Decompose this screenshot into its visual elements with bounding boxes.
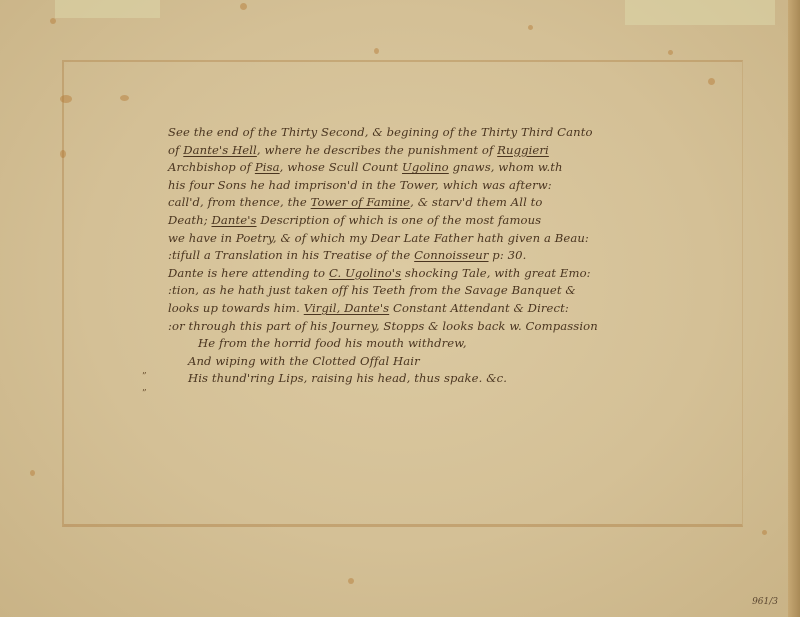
manuscript-line: Archbishop of Pisa, whose Scull Count Ug… [168,159,688,177]
manuscript-line: :tion, as he hath just taken off his Tee… [168,282,688,300]
manuscript-line: his four Sons he had imprison'd in the T… [168,177,688,195]
line-text: Constant Attendant & Direct: [389,301,569,315]
line-text: Archbishop of [168,160,255,174]
foxing-spot [668,50,673,55]
foxing-spot [240,3,247,10]
line-text: See the end of the Thirty Second, & begi… [168,125,593,139]
tape-strip [55,0,160,18]
verse-line: He from the horrid food his mouth withdr… [168,335,688,353]
line-text: Death; [168,213,212,227]
underlined-name: C. Ugolino's [329,266,401,280]
line-text: Description of which is one of the most … [257,213,542,227]
foxing-spot [374,48,379,54]
underlined-name: Ugolino [402,160,449,174]
manuscript-line: :or through this part of his Journey, St… [168,318,688,336]
manuscript-line: we have in Poetry, & of which my Dear La… [168,230,688,248]
verse-quote-mark: ” [142,372,147,382]
paper-edge [788,0,800,617]
line-text: , whose Scull Count [280,160,402,174]
line-text: :or through this part of his Journey, St… [168,319,598,333]
manuscript-text: See the end of the Thirty Second, & begi… [168,124,688,388]
manuscript-line: See the end of the Thirty Second, & begi… [168,124,688,142]
foxing-spot [528,25,533,30]
inventory-number: 961/3 [752,597,778,607]
line-text: :tion, as he hath just taken off his Tee… [168,283,576,297]
underlined-name: Ruggieri [497,143,549,157]
manuscript-line: Dante is here attending to C. Ugolino's … [168,265,688,283]
paper-sheet: See the end of the Thirty Second, & begi… [0,0,800,617]
manuscript-line: call'd, from thence, the Tower of Famine… [168,194,688,212]
line-text: gnaws, whom w.th [449,160,563,174]
line-text: looks up towards him. [168,301,304,315]
verse-line: His thund'ring Lips, raising his head, t… [168,370,688,388]
line-text: , & starv'd them All to [410,195,542,209]
underlined-name: Virgil, Dante's [304,301,389,315]
line-text: shocking Tale, with great Emo: [401,266,591,280]
underlined-name: Dante's [212,213,257,227]
underlined-name: Dante's Hell [183,143,257,157]
underlined-name: Connoisseur [414,248,488,262]
line-text: we have in Poetry, & of which my Dear La… [168,231,589,245]
manuscript-line: of Dante's Hell, where he describes the … [168,142,688,160]
foxing-spot [60,150,66,158]
line-text: his four Sons he had imprison'd in the T… [168,178,552,192]
foxing-spot [708,78,715,85]
line-text: Dante is here attending to [168,266,329,280]
manuscript-line: looks up towards him. Virgil, Dante's Co… [168,300,688,318]
verse-quote-mark: ” [142,389,147,399]
line-text: of [168,143,183,157]
foxing-spot [60,95,72,103]
tape-strip [625,0,775,25]
line-text: , where he describes the punishment of [257,143,497,157]
manuscript-line: :tifull a Translation in his Treatise of… [168,247,688,265]
underlined-name: Pisa [255,160,280,174]
foxing-spot [120,95,129,101]
foxing-spot [762,530,767,535]
foxing-spot [50,18,56,24]
underlined-name: Tower of Famine [311,195,410,209]
line-text: p: 30. [489,248,527,262]
foxing-spot [348,578,354,584]
line-text: :tifull a Translation in his Treatise of… [168,248,414,262]
manuscript-line: Death; Dante's Description of which is o… [168,212,688,230]
verse-line: And wiping with the Clotted Offal Hair [168,353,688,371]
foxing-spot [30,470,35,476]
line-text: call'd, from thence, the [168,195,311,209]
